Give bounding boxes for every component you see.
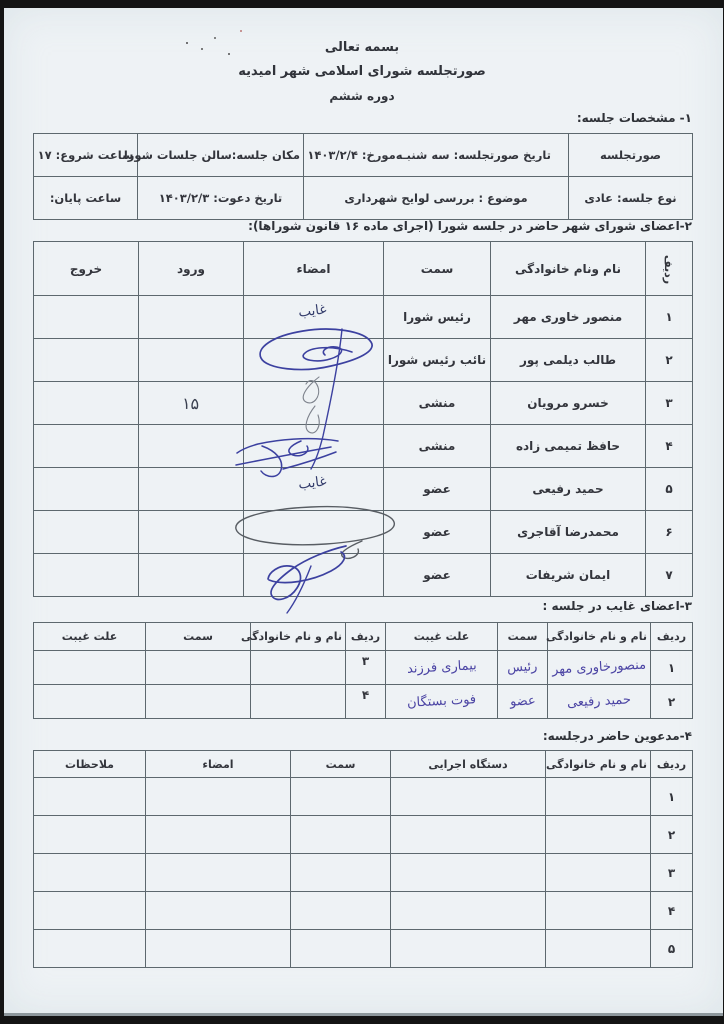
invitee-signature [146,854,291,892]
invitee-num: ۵ [651,930,693,968]
member-num: ۷ [646,554,693,597]
absent-num: ۴ [346,685,386,719]
absent-reason [34,685,146,719]
scan-speck [214,37,216,39]
cell-start-time: ساعت شروع: ۱۷ [34,134,138,177]
absent-num: ۲ [651,685,693,719]
member-row: ۳ خسرو مرویان منشی ۱۵ [34,382,693,425]
cell-invite-date: تاریخ دعوت: ۱۴۰۳/۲/۳ [138,177,304,220]
invitee-position [291,816,391,854]
member-signature-cell: غایب [244,296,384,339]
handwritten-name: حمید رفیعی [567,692,632,710]
member-position: رئیس شورا [384,296,491,339]
cell-subject: موضوع : بررسی لوایح شهرداری [304,177,569,220]
handwritten-position: عضو [509,693,535,709]
invitee-position [291,930,391,968]
col-header-name: نام و نام خانوادگی [546,751,651,778]
col-header-reason: علت غیبت [386,623,498,651]
col-header-name: نام و نام خانوادگی [548,623,651,651]
session-info-table: صورتجلسه تاریخ صورتجلسه: سه شنبـه مورخ: … [33,133,693,220]
header-title: صورتجلسه شورای اسلامی شهر امیدیه [0,64,724,79]
member-signature-cell [244,425,384,468]
invitee-notes [34,930,146,968]
invitee-row: ۱ [34,778,693,816]
invitee-name [546,892,651,930]
col-header-position: سمت [146,623,251,651]
absent-position: رئیس [498,651,548,685]
col-header-agency: دستگاه اجرایی [391,751,546,778]
member-position: عضو [384,468,491,511]
member-entry-cell [139,296,244,339]
row-header-vertical: ردیف [663,254,676,283]
member-exit-cell [34,339,139,382]
member-signature-cell [244,382,384,425]
member-position: عضو [384,554,491,597]
invitee-position [291,892,391,930]
col-header-name: نام ونام خانوادگی [491,242,646,296]
invitee-notes [34,854,146,892]
cell-location: مکان جلسه:سالن جلسات شورا [138,134,304,177]
absent-name [251,685,346,719]
member-entry-cell [139,554,244,597]
invitee-signature [146,930,291,968]
invitee-num: ۴ [651,892,693,930]
member-num: ۲ [646,339,693,382]
invitee-signature [146,892,291,930]
present-members-table: ردیف نام ونام خانوادگی سمت امضاء ورود خر… [33,241,693,597]
member-position: منشی [384,382,491,425]
member-row: ۱ منصور خاوری مهر رئیس شورا غایب [34,296,693,339]
col-header-row: ردیف [646,242,693,296]
invitee-agency [391,816,546,854]
invitee-row: ۵ [34,930,693,968]
member-name: منصور خاوری مهر [491,296,646,339]
col-header-position: سمت [291,751,391,778]
invitee-notes [34,816,146,854]
invitee-row: ۴ [34,892,693,930]
member-row: ۷ ایمان شریفات عضو [34,554,693,597]
member-num: ۱ [646,296,693,339]
member-name: خسرو مرویان [491,382,646,425]
member-entry-cell [139,511,244,554]
absent-members-table: ردیف نام و نام خانوادگی سمت علت غیبت ردی… [33,622,693,719]
invitee-name [546,930,651,968]
handwritten-position: رئیس [507,659,538,676]
invitee-num: ۱ [651,778,693,816]
section4-heading: ۴-مدعوین حاضر درجلسه: [543,729,692,743]
invitee-signature [146,778,291,816]
invitee-num: ۳ [651,854,693,892]
absent-note: غایب [298,301,328,320]
scan-speck [240,30,242,32]
member-num: ۶ [646,511,693,554]
col-header-exit: خروج [34,242,139,296]
member-name: محمدرضا آقاجری [491,511,646,554]
member-name: طالب دیلمی پور [491,339,646,382]
absent-note: غایب [298,473,328,492]
scanned-document: { "header": { "bismillah": "بسمه تعالی",… [0,0,724,1024]
member-row: ۲ طالب دیلمی پور نائب رئیس شورا [34,339,693,382]
member-name: ایمان شریفات [491,554,646,597]
header-term: دوره ششم [0,89,724,103]
invitee-name [546,854,651,892]
session-dated-text: مورخ: ۱۴۰۳/۲/۴ [307,148,395,162]
col-header-reason: علت غیبت [34,623,146,651]
col-header-position: سمت [498,623,548,651]
session-date-text: تاریخ صورتجلسه: سه شنبـه [396,148,551,162]
section2-heading: ۲-اعضای شورای شهر حاضر در جلسه شورا (اجر… [248,219,692,233]
member-exit-cell [34,511,139,554]
invitee-num: ۲ [651,816,693,854]
invitee-position [291,778,391,816]
invitee-agency [391,892,546,930]
section3-heading: ۳-اعضای غایب در جلسه : [543,599,692,613]
invitee-agency [391,930,546,968]
invitee-row: ۳ [34,854,693,892]
member-signature-cell: غایب [244,468,384,511]
absent-num: ۳ [346,651,386,685]
member-row: ۶ محمدرضا آقاجری عضو [34,511,693,554]
handwritten-reason: بیماری فرزند [406,658,476,677]
member-entry-cell: ۱۵ [139,382,244,425]
absent-name: منصورخاوری مهر [548,651,651,685]
member-signature-cell [244,339,384,382]
absent-reason: فوت بستگان [386,685,498,719]
member-exit-cell [34,425,139,468]
absent-reason: بیماری فرزند [386,651,498,685]
cell-end-time: ساعت پایان: [34,177,138,220]
cell-meeting-type: نوع جلسه: عادی [569,177,693,220]
member-name: حافظ تمیمی زاده [491,425,646,468]
invitee-position [291,854,391,892]
handwritten-reason: فوت بستگان [407,692,477,711]
absent-position [146,651,251,685]
cell-session-date: تاریخ صورتجلسه: سه شنبـه مورخ: ۱۴۰۳/۲/۴ [304,134,569,177]
absent-reason [34,651,146,685]
member-signature-cell [244,554,384,597]
invitee-name [546,778,651,816]
member-num: ۵ [646,468,693,511]
member-exit-cell [34,468,139,511]
absent-row: ۲ حمید رفیعی عضو فوت بستگان ۴ [34,685,693,719]
invitee-name [546,816,651,854]
col-header-entry: ورود [139,242,244,296]
header-bismillah: بسمه تعالی [0,40,724,55]
absent-position: عضو [498,685,548,719]
col-header-signature: امضاء [244,242,384,296]
member-row: ۴ حافظ تمیمی زاده منشی [34,425,693,468]
cell-minutes-label: صورتجلسه [569,134,693,177]
col-header-notes: ملاحظات [34,751,146,778]
member-entry-cell [139,468,244,511]
member-position: نائب رئیس شورا [384,339,491,382]
col-header-name: نام و نام خانوادگی [251,623,346,651]
col-header-row: ردیف [651,751,693,778]
member-position: منشی [384,425,491,468]
member-row: ۵ حمید رفیعی عضو غایب [34,468,693,511]
col-header-signature: امضاء [146,751,291,778]
member-name: حمید رفیعی [491,468,646,511]
member-exit-cell [34,382,139,425]
member-exit-cell [34,554,139,597]
section1-heading: ۱- مشخصات جلسه: [577,111,692,125]
invitee-agency [391,854,546,892]
absent-row: ۱ منصورخاوری مهر رئیس بیماری فرزند ۳ [34,651,693,685]
invitee-signature [146,816,291,854]
member-entry-cell [139,425,244,468]
invitee-notes [34,892,146,930]
member-signature-cell [244,511,384,554]
absent-num: ۱ [651,651,693,685]
entry-time-note: ۱۵ [182,393,200,413]
member-entry-cell [139,339,244,382]
invitee-agency [391,778,546,816]
member-num: ۴ [646,425,693,468]
col-header-position: سمت [384,242,491,296]
member-position: عضو [384,511,491,554]
invitee-notes [34,778,146,816]
invitees-table: ردیف نام و نام خانوادگی دستگاه اجرایی سم… [33,750,693,968]
invitee-row: ۲ [34,816,693,854]
member-exit-cell [34,296,139,339]
absent-position [146,685,251,719]
col-header-row: ردیف [346,623,386,651]
absent-name: حمید رفیعی [548,685,651,719]
member-num: ۳ [646,382,693,425]
col-header-row: ردیف [651,623,693,651]
absent-name [251,651,346,685]
handwritten-name: منصورخاوری مهر [552,658,647,678]
